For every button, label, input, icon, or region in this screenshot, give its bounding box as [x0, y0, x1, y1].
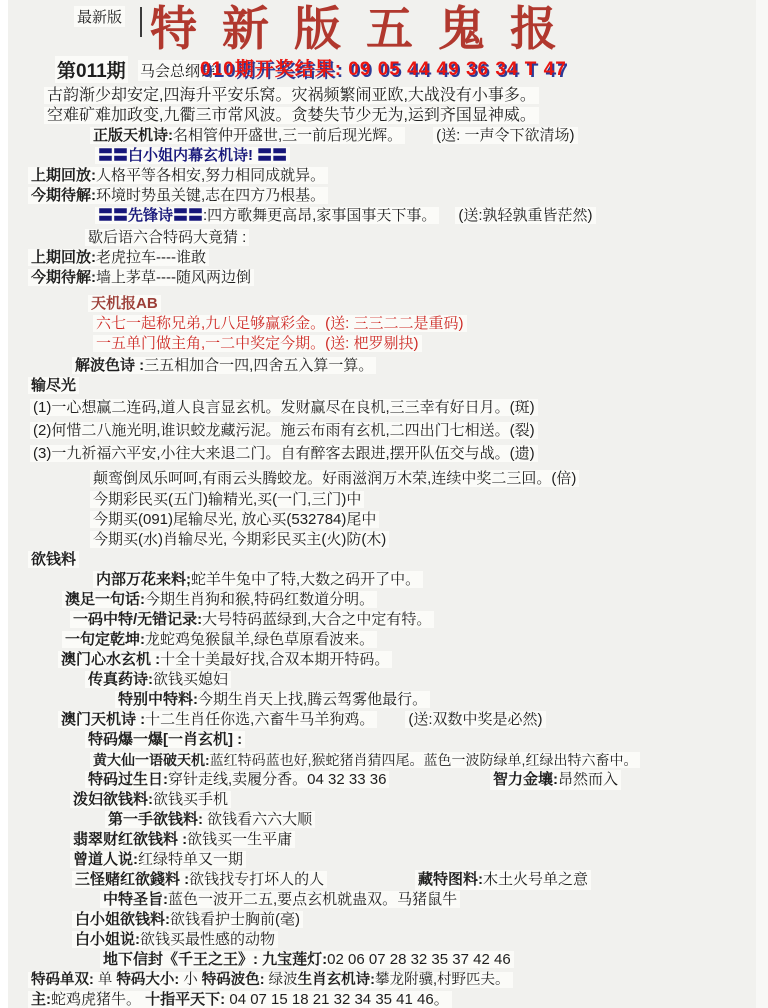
- huangdaxian-text: 蓝红特码蓝也好,猴蛇猪肖猜四尾。蓝色一波防绿单,红绿出特六畜中。: [210, 752, 638, 768]
- shujinguang-line-1-text: (1)一心想赢二连码,道人良言显玄机。发财赢尽在良机,三三幸有好日月。(斑): [30, 399, 538, 416]
- dixia-numbers: 02 06 07 28 32 35 37 42 46: [327, 951, 511, 968]
- chuanzhen-label: 传真药诗:: [88, 671, 153, 688]
- vanguard-poem-label: 〓〓先锋诗〓〓: [98, 207, 203, 224]
- vanguard-poem-send: (送:孰轻孰重皆茫然): [455, 207, 595, 224]
- shengzhi-text: 蓝色一波开二五,要点玄机就蛊双。马猪鼠牛: [168, 891, 457, 908]
- feicui-label: 翡翠财红欲钱料 :: [73, 831, 187, 848]
- internal-tip-label: 内部万花来料;: [96, 571, 191, 588]
- chuanzhen-line: 传真药诗:欲钱买媳妇: [85, 670, 768, 690]
- report-header: 最新版 特新版五鬼报 第011期 马会总纲诗: 010期开奖结果: 09 05 …: [0, 0, 768, 86]
- ten-numbers-label: 十指平天下:: [141, 991, 225, 1008]
- tianjibao-line-1-text: 六七一起称兄弟,九八足够赢彩金。(送: 三三二二是重码): [93, 315, 467, 332]
- xiehouyu-header-text: 歇后语六合特码大竟猜 :: [85, 229, 249, 246]
- xinshui-text: 十全十美最好找,合双本期开特码。: [160, 651, 389, 668]
- macau-tianji-line: 澳门天机诗 :十二生肖任你选,六畜牛马羊狗鸡。(送:双数中奖是必然): [58, 710, 768, 730]
- sanguai-text: 欲钱找专打坏人的人: [189, 871, 324, 888]
- shujinguang-line-2-text: (2)何惜二八施光明,谁识蛟龙藏污泥。施云布雨有玄机,二四出门七相送。(裂): [30, 422, 538, 439]
- tianjibao-line-2: 一五单门做主角,一二中奖定今期。(送: 杷罗剔抉): [93, 334, 768, 354]
- zhili-label: 智力金壤:: [493, 771, 558, 788]
- tianji-poem-label: 正版天机诗:: [93, 127, 173, 144]
- stats-oddeven-label: 特码单双:: [31, 972, 94, 988]
- buy-advice-line-1: 今期彩民买(五门)输精光,买(一门,三门)中: [90, 490, 768, 510]
- pofu-line: 泼妇欲钱料:欲钱买手机: [70, 790, 768, 810]
- page-title: 特新版五鬼报: [150, 0, 582, 60]
- sanguai-label: 三怪赌红欲錢料 :: [75, 871, 189, 888]
- tianji-poem-text: 名相管仲开盛世,三一前后现光辉。: [173, 127, 402, 144]
- xiehouyu-cur-text: 墙上茅草----随风两边倒: [96, 269, 251, 286]
- cangte-segment: 藏特图料:木土火号单之意: [415, 870, 591, 890]
- stats-wave-value: 绿波: [265, 972, 298, 988]
- zhili-segment: 智力金壤:昂然而入: [490, 770, 621, 790]
- buy-advice-line-1-text: 今期彩民买(五门)输精光,买(一门,三门)中: [90, 491, 364, 508]
- vanguard-poem-text: :四方歌舞更高昂,家事国事天下事。: [203, 207, 436, 224]
- yiju-line: 一句定乾坤:龙蛇鸡兔猴鼠羊,绿色草原看波来。: [62, 630, 768, 650]
- main-picks-line: 主:蛇鸡虎猪牛。 十指平天下: 04 07 15 18 21 32 34 35 …: [28, 990, 768, 1008]
- birthday-text: 穿针走线,卖履分香。04 32 33 36: [168, 771, 386, 788]
- sanguai-line: 三怪赌红欲錢料 :欲钱找专打坏人的人藏特图料:木土火号单之意: [72, 870, 768, 890]
- wave-color-poem-label: 解波色诗 :: [75, 357, 144, 374]
- yima-label: 一码中特/无错记录:: [73, 611, 202, 628]
- shujinguang-line-4-text: 颠鸾倒凤乐呵呵,有雨云头腾蛟龙。好雨滋润万木荣,连续中奖二三回。(倍): [90, 470, 579, 487]
- xiehouyu-cur-line: 今期待解:墙上茅草----随风两边倒: [28, 268, 768, 288]
- secret-poem-cur-text: 环境时势虽关键,志在四方乃根基。: [96, 187, 325, 204]
- yuqianliao-label-text: 欲钱料: [28, 551, 79, 568]
- tianjibao-label-line: 天机报AB: [88, 294, 768, 314]
- yiju-label: 一句定乾坤:: [65, 631, 145, 648]
- yuqianliao-label-line: 欲钱料: [28, 550, 768, 570]
- tianjibao-line-1: 六七一起称兄弟,九八足够赢彩金。(送: 三三二二是重码): [93, 314, 768, 334]
- baoyibao-text: 特码爆一爆[一肖玄机] :: [85, 731, 245, 748]
- stats-size-value: 小: [179, 972, 198, 988]
- stats-wave-label: 特码波色:: [198, 972, 265, 988]
- diyishou-line: 第一手欲钱料: 欲钱看六六大顺: [105, 810, 768, 830]
- dixia-label: 地下信封《千王之王》:: [103, 951, 258, 968]
- issue-number: 第011期: [55, 56, 128, 83]
- baoyibao-line: 特码爆一爆[一肖玄机] :: [85, 730, 768, 750]
- bxj-shuo-line: 白小姐说:欲钱买最性感的动物: [72, 930, 768, 950]
- secret-poem-cur-line: 今期待解:环境时势虽关键,志在四方乃根基。: [28, 186, 768, 206]
- chuanzhen-text: 欲钱买媳妇: [153, 671, 228, 688]
- page-left-margin: [0, 0, 8, 1008]
- internal-tip-text: 蛇羊牛兔中了特,大数之码开了中。: [191, 571, 420, 588]
- secret-poem-prev-text: 人格平等各相安,努力相同成就异。: [96, 167, 325, 184]
- stats-oddeven-value: 单: [94, 972, 113, 988]
- bxj-shuo-text: 欲钱买最性感的动物: [140, 931, 275, 948]
- stats-line: 特码单双: 单 特码大小: 小 特码波色: 绿波生肖玄机诗:攀龙附骥,村野匹夫。: [28, 970, 768, 990]
- secret-poem-cur-label: 今期待解:: [31, 187, 96, 204]
- diyishou-text: 欲钱看六六大顺: [203, 811, 312, 828]
- main-poem-line-2-text: 空难矿难加政变,九衢三市常风波。贪婪失节少无为,运到齐国显神威。: [44, 107, 539, 124]
- birthday-label: 特码过生日:: [88, 771, 168, 788]
- bxj-yuqian-line: 白小姐欲钱料:欲钱看护士胸前(毫): [72, 910, 768, 930]
- buy-advice-line-3-text: 今期买(水)肖输尽光, 今期彩民买主(火)防(木): [90, 531, 389, 548]
- bxj-yuqian-text: 欲钱看护士胸前(毫): [170, 911, 300, 928]
- main-poem-line-1: 古韵渐少却安定,四海升平安乐窝。灾祸频繁闹亚欧,大战没有小事多。: [44, 86, 768, 106]
- birthday-line: 特码过生日:穿针走线,卖履分香。04 32 33 36智力金壤:昂然而入: [85, 770, 768, 790]
- shujinguang-line-3: (3)一九祈福六平安,小往大来退二门。自有醉客去跟进,摆开队伍交与战。(遗): [30, 442, 768, 465]
- buy-advice-line-3: 今期买(水)肖输尽光, 今期彩民买主(火)防(木): [90, 530, 768, 550]
- aozu-text: 今期生肖狗和猴,特码红数道分明。: [145, 591, 374, 608]
- shujinguang-line-2: (2)何惜二八施光明,谁识蛟龙藏污泥。施云布雨有玄机,二四出门七相送。(裂): [30, 419, 768, 442]
- baixiaojie-header-text: 〓〓白小姐内幕玄机诗! 〓〓: [95, 147, 290, 164]
- main-picks-value: 蛇鸡虎猪牛。: [51, 991, 141, 1008]
- xiehouyu-prev-label: 上期回放:: [31, 249, 96, 266]
- dixia-line: 地下信封《千王之王》: 九宝莲灯:02 06 07 28 32 35 37 42…: [100, 950, 768, 970]
- xiehouyu-cur-label: 今期待解:: [31, 269, 96, 286]
- edition-label: 最新版: [74, 6, 125, 27]
- pofu-label: 泼妇欲钱料:: [73, 791, 153, 808]
- shujinguang-line-3-text: (3)一九祈福六平安,小往大来退二门。自有醉客去跟进,摆开队伍交与战。(遗): [30, 445, 538, 462]
- zengdaoren-text: 红绿特单又一期: [138, 851, 243, 868]
- yima-line: 一码中特/无错记录:大号特码蓝绿到,大合之中定有特。: [70, 610, 768, 630]
- zhili-text: 昂然而入: [558, 771, 618, 788]
- zengdaoren-label: 曾道人说:: [73, 851, 138, 868]
- aozu-label: 澳足一句话:: [65, 591, 145, 608]
- shujinguang-label-line: 输尽光: [28, 376, 768, 396]
- cangte-text: 木土火号单之意: [483, 871, 588, 888]
- xinshui-label: 澳门心水玄机 :: [61, 651, 160, 668]
- shengzhi-line: 中特圣旨:蓝色一波开二五,要点玄机就蛊双。马猪鼠牛: [100, 890, 768, 910]
- secret-poem-prev-line: 上期回放:人格平等各相安,努力相同成就异。: [28, 166, 768, 186]
- bxj-yuqian-label: 白小姐欲钱料:: [75, 911, 170, 928]
- pofu-text: 欲钱买手机: [153, 791, 228, 808]
- tianjibao-line-2-text: 一五单门做主角,一二中奖定今期。(送: 杷罗剔抉): [93, 335, 422, 352]
- main-poem-line-1-text: 古韵渐少却安定,四海升平安乐窝。灾祸频繁闹亚欧,大战没有小事多。: [44, 87, 539, 104]
- xinshui-line: 澳门心水玄机 :十全十美最好找,合双本期开特码。: [58, 650, 768, 670]
- feicui-text: 欲钱买一生平庸: [187, 831, 292, 848]
- shujinguang-line-1: (1)一心想赢二连码,道人良言显玄机。发财赢尽在良机,三三幸有好日月。(斑): [30, 396, 768, 419]
- stats-zodiac-poem-label: 生肖玄机诗:: [298, 972, 375, 988]
- wave-color-poem-text: 三五相加合一四,四舍五入算一算。: [144, 357, 373, 374]
- bxj-shuo-label: 白小姐说:: [75, 931, 140, 948]
- stats-size-label: 特码大小:: [112, 972, 179, 988]
- aozu-line: 澳足一句话:今期生肖狗和猴,特码红数道分明。: [62, 590, 768, 610]
- huangdaxian-label: 黄大仙一语破天机:: [93, 752, 210, 768]
- zengdaoren-line: 曾道人说:红绿特单又一期: [70, 850, 768, 870]
- macau-tianji-label: 澳门天机诗 :: [61, 711, 145, 728]
- secret-poem-prev-label: 上期回放:: [31, 167, 96, 184]
- internal-tip-line: 内部万花来料;蛇羊牛兔中了特,大数之码开了中。: [93, 570, 768, 590]
- ten-numbers-value: 04 07 15 18 21 32 34 35 41 46。: [225, 991, 449, 1008]
- header-divider-line: [140, 7, 142, 37]
- yima-text: 大号特码蓝绿到,大合之中定有特。: [202, 611, 431, 628]
- five-ghost-report-page: { "header": { "edition": "最新版", "title":…: [0, 0, 768, 1008]
- xiehouyu-header-line: 歇后语六合特码大竟猜 :: [85, 228, 768, 248]
- xiehouyu-prev-line: 上期回放:老虎拉车----谁敢: [28, 248, 768, 268]
- macau-tianji-text: 十二生肖任你选,六畜牛马羊狗鸡。: [145, 711, 374, 728]
- tianji-poem-send: (送: 一声令下欲清场): [433, 127, 577, 144]
- wave-color-poem-line: 解波色诗 :三五相加合一四,四舍五入算一算。: [72, 356, 768, 376]
- tianji-poem-line: 正版天机诗:名相管仲开盛世,三一前后现光辉。(送: 一声令下欲清场): [90, 126, 768, 146]
- diyishou-label: 第一手欲钱料:: [108, 811, 203, 828]
- buy-advice-line-2: 今期买(091)尾输尽光, 放心买(532784)尾中: [90, 510, 768, 530]
- xiehouyu-prev-text: 老虎拉车----谁敢: [96, 249, 206, 266]
- shengzhi-label: 中特圣旨:: [103, 891, 168, 908]
- shujinguang-label-text: 输尽光: [28, 377, 79, 394]
- buy-advice-line-2-text: 今期买(091)尾输尽光, 放心买(532784)尾中: [90, 511, 379, 528]
- cangte-label: 藏特图料:: [418, 871, 483, 888]
- tebie-text: 今期生肖天上找,腾云驾雾他最行。: [198, 691, 427, 708]
- vanguard-poem-line: 〓〓先锋诗〓〓:四方歌舞更高昂,家事国事天下事。(送:孰轻孰重皆茫然): [95, 206, 768, 226]
- stats-zodiac-poem-text: 攀龙附骥,村野匹夫。: [375, 972, 510, 988]
- tebie-label: 特别中特料:: [118, 691, 198, 708]
- tebie-line: 特别中特料:今期生肖天上找,腾云驾雾他最行。: [115, 690, 768, 710]
- tianjibao-label-text: 天机报AB: [88, 295, 161, 312]
- feicui-line: 翡翠财红欲钱料 :欲钱买一生平庸: [70, 830, 768, 850]
- baixiaojie-header-line: 〓〓白小姐内幕玄机诗! 〓〓: [95, 146, 768, 166]
- yiju-text: 龙蛇鸡兔猴鼠羊,绿色草原看波来。: [145, 631, 374, 648]
- huangdaxian-line: 黄大仙一语破天机:蓝红特码蓝也好,猴蛇猪肖猜四尾。蓝色一波防绿单,红绿出特六畜中…: [90, 750, 768, 770]
- main-picks-label: 主:: [31, 991, 51, 1008]
- dixia-label-2: 九宝莲灯:: [258, 951, 327, 968]
- previous-draw-result-overlay: 010期开奖结果: 09 05 44 49 36 34 T 47: [200, 54, 567, 81]
- shujinguang-line-4: 颠鸾倒凤乐呵呵,有雨云头腾蛟龙。好雨滋润万木荣,连续中奖二三回。(倍): [90, 467, 768, 490]
- main-poem-line-2: 空难矿难加政变,九衢三市常风波。贪婪失节少无为,运到齐国显神威。: [44, 106, 768, 126]
- macau-tianji-send: (送:双数中奖是必然): [405, 711, 545, 728]
